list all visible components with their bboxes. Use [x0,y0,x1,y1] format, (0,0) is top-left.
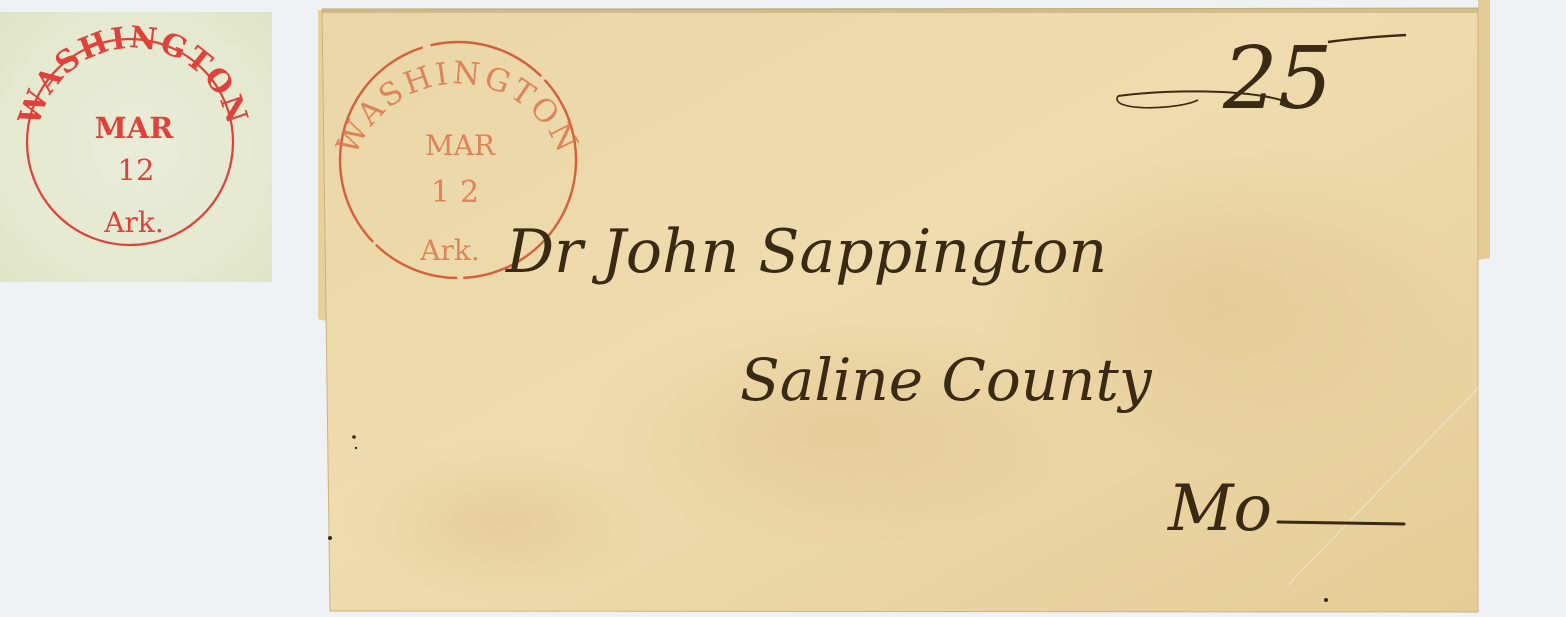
cover-postmark-month: MAR [425,129,496,162]
cover-postmark-state: Ark. [419,234,479,267]
inset-postmark-svg: WASHINGTON MAR 12 Ark. [0,12,272,282]
cover-postmark-day: 12 [431,175,489,210]
address-underline [1278,522,1404,524]
address-line-1: Dr John Sappington [505,217,1107,287]
address-line-3: Mo [1167,472,1272,546]
inset-postmark-state: Ark. [103,206,163,239]
letter-cover: WASHINGTON MAR 12 Ark. 25 Dr John Sappin… [318,0,1494,617]
rate-text: 25 [1222,29,1332,129]
inset-postmark-month: MAR [95,111,175,145]
inset-postmark-day: 12 [118,153,155,187]
address-line-2: Saline County [740,346,1153,414]
postmark-tracing-inset: WASHINGTON MAR 12 Ark. [0,12,272,282]
cover-svg: WASHINGTON MAR 12 Ark. 25 Dr John Sappin… [318,0,1494,617]
